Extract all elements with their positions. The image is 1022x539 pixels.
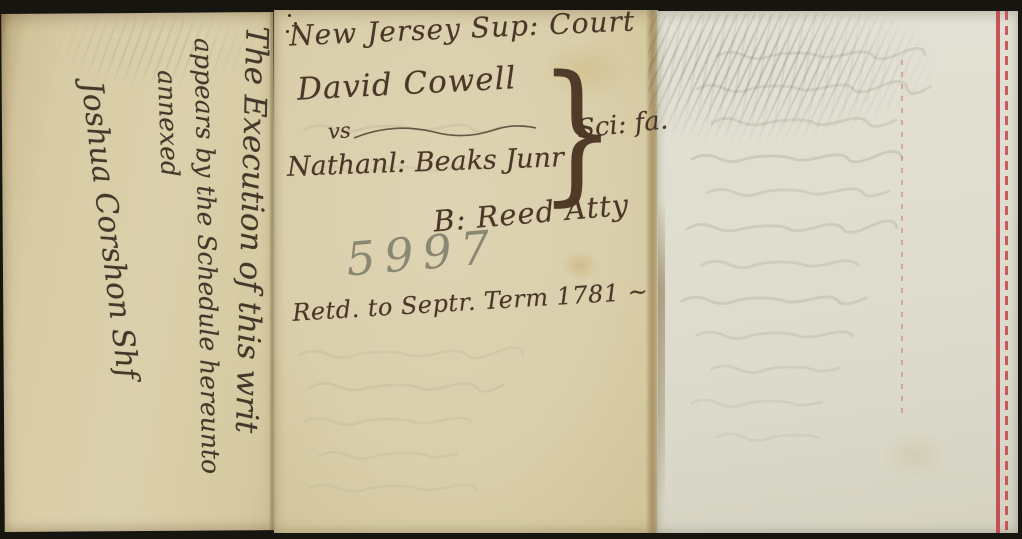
endorsement-line-1: The Execution of this writ (225, 26, 274, 531)
versus-label: vs (327, 118, 351, 144)
sheriff-signature: Joshua Corshon Shf (74, 80, 164, 531)
sheriff-endorsement: The Execution of this writ appears by th… (58, 18, 270, 530)
manuscript-scan: New Jersey Sup: Court David Cowell vs Na… (0, 0, 1022, 539)
right-leaf-panel (657, 11, 1018, 533)
